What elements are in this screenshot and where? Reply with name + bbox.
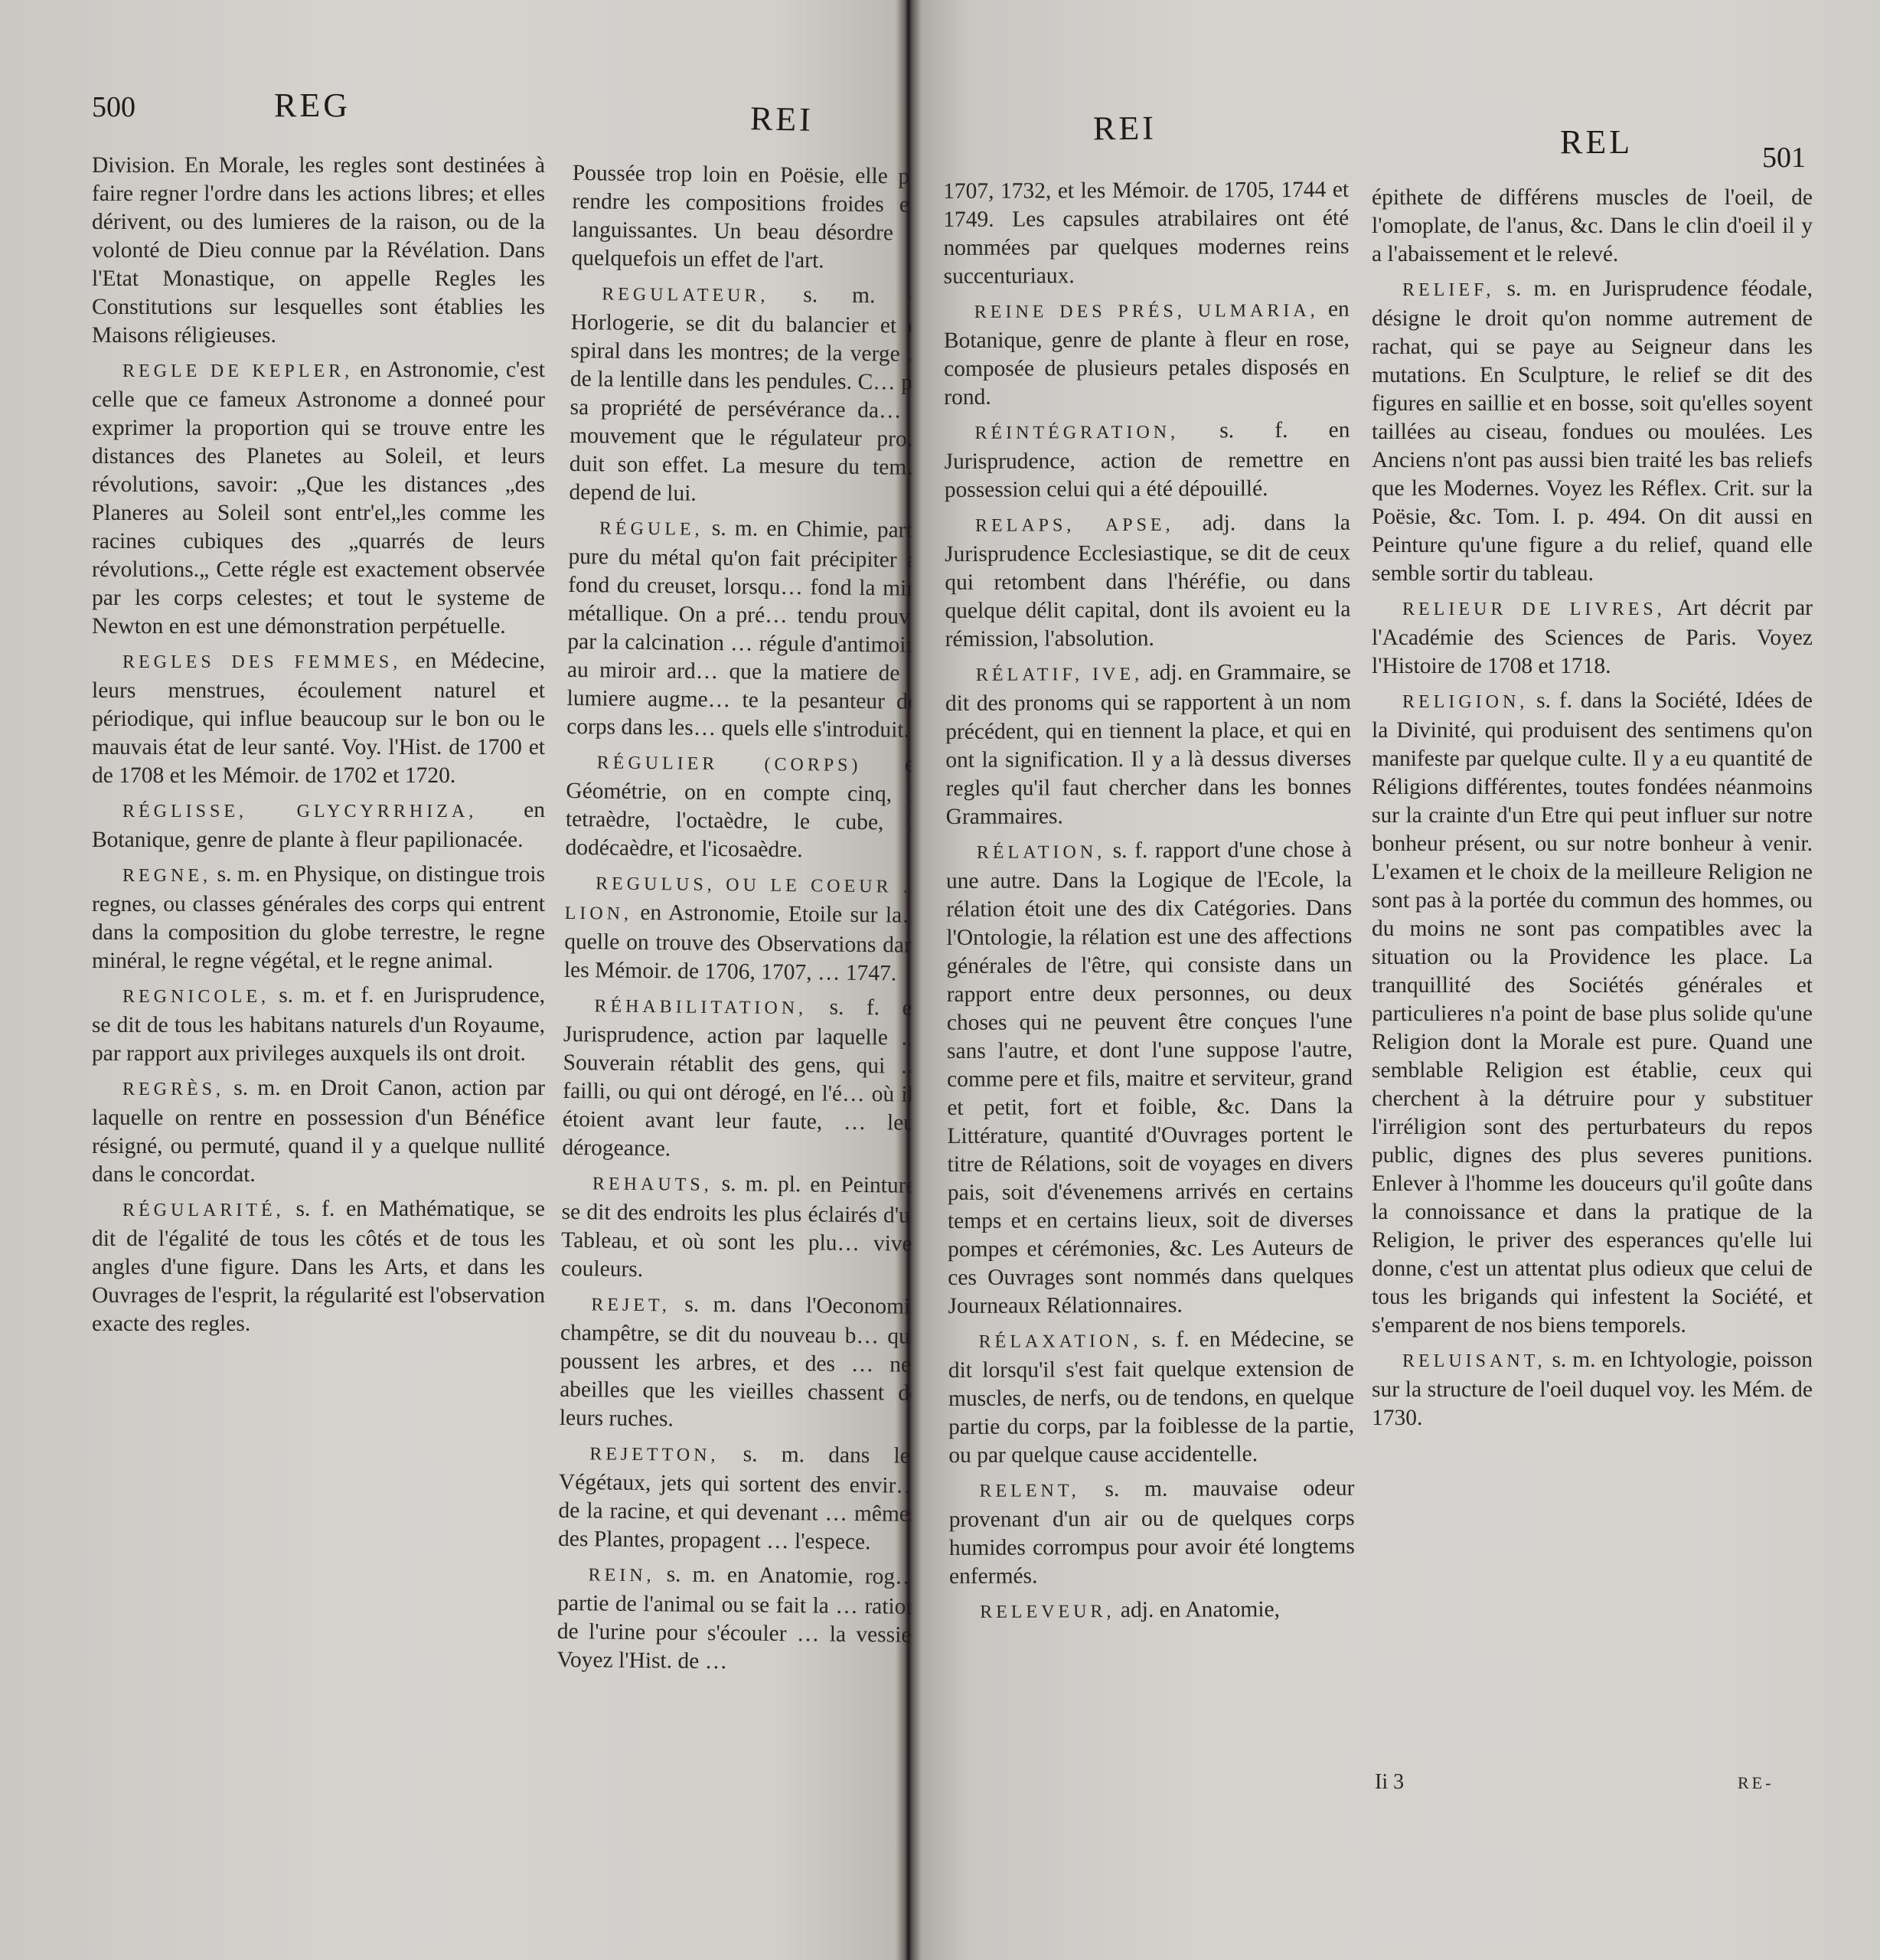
dictionary-entry: REGULATEUR, s. m. en Horlogerie, se dit …: [569, 279, 931, 511]
entry-text: s. f. dans la Société, Idées de la Divin…: [1372, 688, 1813, 1338]
dictionary-entry: RÉGULARITÉ, s. f. en Mathématique, se di…: [92, 1195, 545, 1338]
dictionary-entry: RELENT, s. m. mauvaise odeur provenant d…: [948, 1475, 1355, 1591]
entry-headword: RELUISANT,: [1402, 1351, 1546, 1371]
dictionary-entry: RELIEUR DE LIVRES, Art décrit par l'Acad…: [1372, 594, 1813, 681]
entry-headword: REGNE,: [122, 866, 211, 886]
entry-headword: REGRÈS,: [122, 1080, 224, 1099]
book-spread: 500 REG REI Division. En Morale, les reg…: [0, 0, 1880, 1960]
entry-headword: REINE DES PRÉS, ULMARIA,: [974, 301, 1319, 322]
page-number-right: 501: [1762, 141, 1806, 175]
entry-headword: RELIGION,: [1402, 692, 1528, 712]
entry-headword: RÉHABILITATION,: [594, 996, 807, 1018]
entry-headword: RELIEUR DE LIVRES,: [1402, 599, 1666, 619]
continued-text: Poussée trop loin en Poësie, elle p… ren…: [571, 159, 932, 276]
dictionary-entry: REGLES DES FEMMES, en Médecine, leurs me…: [92, 647, 545, 790]
entry-headword: RÉGULARITÉ,: [122, 1200, 285, 1220]
dictionary-entry: RÉGLISSE, GLYCYRRHIZA, en Botanique, gen…: [92, 796, 545, 854]
entry-headword: RÉINTÉGRATION,: [974, 423, 1179, 443]
entry-text: en Astronomie, c'est celle que ce fameux…: [92, 358, 545, 639]
entry-headword: REJETTON,: [589, 1444, 719, 1465]
dictionary-entry: REGULUS, OU LE COEUR … LION, en Astronom…: [564, 868, 925, 988]
continued-text: Division. En Morale, les regles sont des…: [92, 152, 545, 350]
entry-headword: RELIEF,: [1402, 280, 1494, 300]
continued-text: épithete de différens muscles de l'oeil,…: [1372, 184, 1813, 269]
entry-headword: RÉLATION,: [977, 842, 1105, 863]
dictionary-entry: RELIGION, s. f. dans la Société, Idées d…: [1372, 687, 1813, 1340]
entry-headword: REGLES DES FEMMES,: [122, 652, 401, 672]
catchword: RE-: [1738, 1773, 1774, 1793]
entry-text: s. m. en Chimie, partie pure du métal qu…: [566, 516, 929, 743]
entry-headword: RÉLAXATION,: [979, 1331, 1142, 1352]
dictionary-entry: REGLE DE KEPLER, en Astronomie, c'est ce…: [92, 356, 545, 641]
entry-headword: RÉGULE,: [599, 518, 703, 539]
left-page: 500 REG REI Division. En Morale, les reg…: [0, 0, 911, 1960]
page-number-left: 500: [92, 90, 135, 124]
book-gutter: [896, 0, 922, 1960]
entry-text: Poussée trop loin en Poësie, elle p… ren…: [571, 161, 932, 273]
column-1: Division. En Morale, les regles sont des…: [92, 152, 545, 1344]
running-head-rel: REL: [1560, 122, 1633, 162]
dictionary-entry: RÉINTÉGRATION, s. f. en Jurisprudence, a…: [944, 416, 1350, 505]
column-2: Poussée trop loin en Poësie, elle p… ren…: [556, 159, 932, 1684]
entry-headword: RELAPS, APSE,: [975, 515, 1174, 536]
column-4: épithete de différens muscles de l'oeil,…: [1372, 184, 1813, 1439]
entry-text: adj. en Anatomie,: [1115, 1597, 1280, 1622]
dictionary-entry: REGNE, s. m. en Physique, on distingue t…: [92, 861, 545, 975]
right-page: REI REL 501 1707, 1732, et les Mémoir. d…: [911, 0, 1880, 1960]
entry-text: épithete de différens muscles de l'oeil,…: [1372, 185, 1813, 266]
dictionary-entry: REJETTON, s. m. dans les Végétaux, jets …: [558, 1439, 919, 1557]
entry-headword: RÉGLISSE, GLYCYRRHIZA,: [122, 802, 477, 822]
signature-mark: Ii 3: [1375, 1770, 1404, 1795]
entry-headword: RELEVEUR,: [980, 1602, 1115, 1622]
entry-headword: RÉLATIF, IVE,: [976, 665, 1143, 685]
dictionary-entry: RÉLATIF, IVE, adj. en Grammaire, se dit …: [945, 658, 1352, 831]
dictionary-entry: REGRÈS, s. m. en Droit Canon, action par…: [92, 1074, 545, 1189]
running-head-rei-left: REI: [749, 99, 814, 139]
entry-headword: REHAUTS,: [592, 1174, 713, 1195]
running-head-reg: REG: [274, 86, 351, 125]
entry-headword: REJET,: [591, 1295, 671, 1315]
dictionary-entry: RÉGULIER (CORPS) en Géométrie, on en com…: [565, 747, 926, 866]
entry-headword: RÉGULIER (CORPS): [597, 753, 862, 776]
entry-headword: RELENT,: [979, 1481, 1079, 1501]
running-head-rei-right: REI: [1093, 109, 1157, 149]
entry-text: Division. En Morale, les regles sont des…: [92, 153, 545, 348]
dictionary-entry: REIN, s. m. en Anatomie, rog… partie de …: [556, 1560, 918, 1678]
dictionary-entry: RÉGULE, s. m. en Chimie, partie pure du …: [566, 513, 929, 745]
entry-text: s. m. en Jurisprudence féodale, désigne …: [1372, 276, 1813, 586]
entry-headword: REGULATEUR,: [602, 284, 769, 305]
dictionary-entry: REINE DES PRÉS, ULMARIA, en Botanique, g…: [944, 296, 1350, 412]
entry-headword: REIN,: [588, 1565, 654, 1586]
entry-text: s. f. rapport d'une chose à une autre. D…: [946, 838, 1353, 1318]
dictionary-entry: RELUISANT, s. m. en Ichtyologie, poisson…: [1372, 1346, 1813, 1432]
dictionary-entry: RÉLAXATION, s. f. en Médecine, se dit lo…: [948, 1325, 1355, 1470]
entry-text: adj. en Grammaire, se dit des pronoms qu…: [945, 660, 1352, 829]
entry-headword: REGNICOLE,: [122, 987, 269, 1007]
dictionary-entry: RÉHABILITATION, s. f. en Jurisprudence, …: [562, 991, 923, 1166]
dictionary-entry: REHAUTS, s. m. pl. en Peinture, se dit d…: [561, 1168, 922, 1287]
dictionary-entry: REJET, s. m. dans l'Oeconomie champêtre,…: [560, 1289, 921, 1436]
dictionary-entry: RELIEF, s. m. en Jurisprudence féodale, …: [1372, 275, 1813, 588]
entry-text: 1707, 1732, et les Mémoir. de 1705, 1744…: [943, 178, 1349, 289]
column-3: 1707, 1732, et les Mémoir. de 1705, 1744…: [943, 176, 1355, 1633]
entry-headword: REGLE DE KEPLER,: [122, 361, 353, 381]
dictionary-entry: REGNICOLE, s. m. et f. en Jurisprudence,…: [92, 982, 545, 1068]
continued-text: 1707, 1732, et les Mémoir. de 1705, 1744…: [943, 176, 1350, 291]
dictionary-entry: RÉLATION, s. f. rapport d'une chose à un…: [946, 836, 1354, 1321]
entry-text: s. m. en Horlogerie, se dit du balancier…: [569, 283, 931, 506]
dictionary-entry: RELAPS, APSE, adj. dans la Jurisprudence…: [945, 509, 1351, 654]
dictionary-entry: RELEVEUR, adj. en Anatomie,: [949, 1596, 1355, 1627]
entry-text: s. f. en Jurisprudence, action par laque…: [562, 995, 923, 1161]
